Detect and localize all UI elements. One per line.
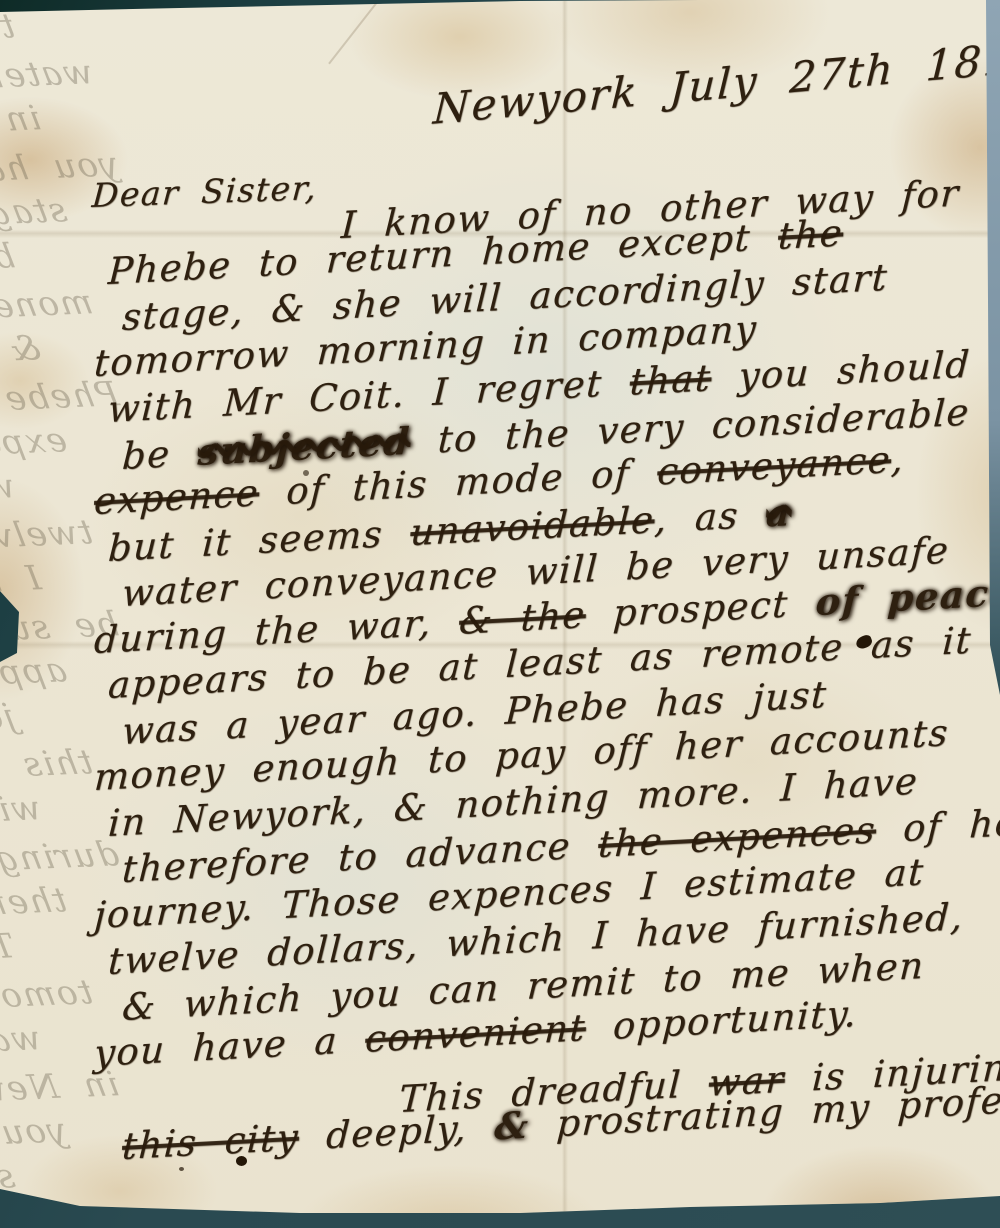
letter-text-segment: , [890, 437, 906, 481]
showthrough-line: stage, & she will accordingly start [0, 1156, 18, 1226]
letter-text-segment: , as [653, 492, 767, 541]
letter-text-segment: a [765, 490, 793, 536]
letter-text-segment: this city [121, 1116, 300, 1168]
ink-speck [303, 470, 309, 476]
letter-page: tomorrow morning in companywater conveya… [0, 0, 1000, 1228]
letter-text-segment: that [629, 356, 713, 403]
letter-text-segment: & [493, 1102, 530, 1148]
letter-dateline: Newyork July 27th 1813 [432, 31, 1000, 134]
ink-speck [236, 1156, 247, 1166]
scanned-letter: tomorrow morning in companywater conveya… [0, 0, 1000, 1228]
letter-text-segment: expence [93, 471, 260, 523]
letter-salutation: Dear Sister, [91, 168, 319, 215]
paper-crease [328, 2, 378, 65]
letter-text-segment: deeply, [298, 1105, 496, 1158]
letter-text-segment: of peace [815, 570, 1000, 625]
letter-text-segment: & the [458, 593, 587, 643]
letter-text-segment: of her [875, 800, 1000, 852]
letter-text-segment: be [121, 431, 199, 478]
letter-text-segment: the [777, 211, 844, 258]
